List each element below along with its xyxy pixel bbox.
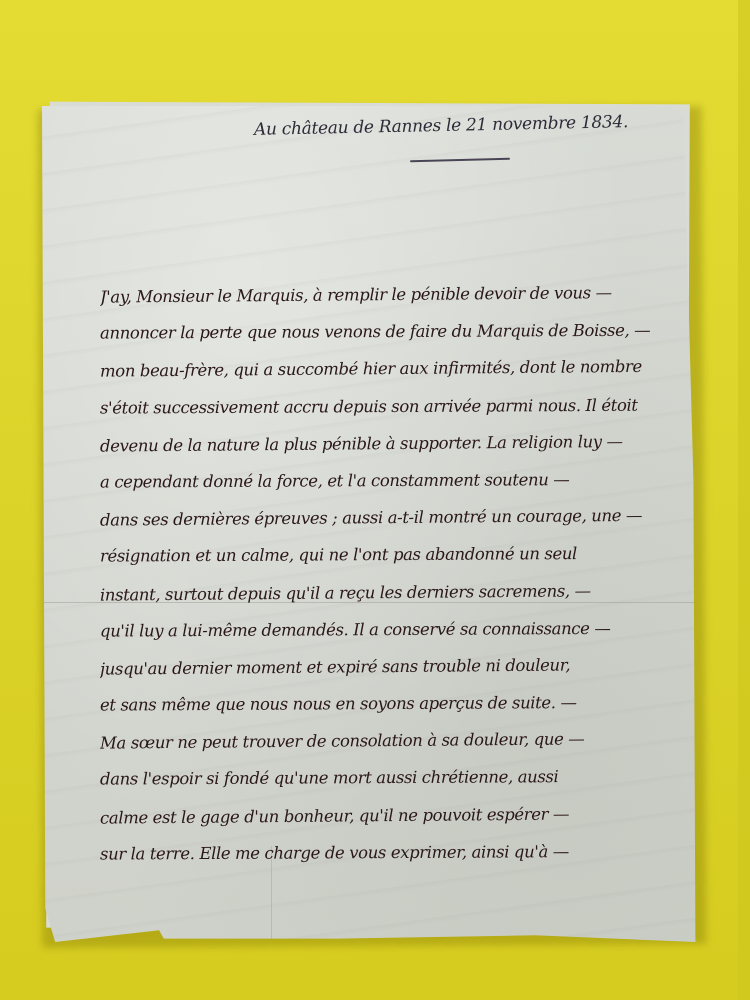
letter-line: calme est le gage d'un bonheur, qu'il ne…: [100, 794, 695, 836]
letter-line: devenu de la nature la plus pénible à su…: [100, 422, 695, 464]
letter-line: annoncer la perte que nous venons de fai…: [100, 312, 695, 352]
letter-line: dans ses dernières épreuves ; aussi a-t-…: [100, 497, 695, 539]
letter-line: Ma sœur ne peut trouver de consolation à…: [100, 720, 695, 762]
letter-line: qu'il luy a lui-même demandés. Il a cons…: [100, 609, 695, 649]
letter-dateline: Au château de Rannes le 21 novembre 1834…: [254, 112, 628, 140]
letter-line: instant, surtout depuis qu'il a reçu les…: [100, 571, 695, 613]
letter-line: dans l'espoir si fondé qu'une mort aussi…: [100, 758, 695, 798]
letter-line: s'étoit successivement accru depuis son …: [100, 386, 695, 426]
letter-line: jusqu'au dernier moment et expiré sans t…: [100, 645, 695, 687]
letter-line: et sans même que nous nous en soyons ape…: [100, 684, 695, 724]
letter-line: résignation et un calme, qui ne l'ont pa…: [100, 535, 695, 575]
letter-line: a cependant donné la force, et l'a const…: [100, 460, 695, 500]
letter-body: J'ay, Monsieur le Marquis, à remplir le …: [100, 276, 695, 871]
background-edge: [738, 0, 750, 1000]
letter-sheet: Au château de Rannes le 21 novembre 1834…: [42, 106, 700, 942]
letter-line: sur la terre. Elle me charge de vous exp…: [100, 832, 695, 872]
letter-line: J'ay, Monsieur le Marquis, à remplir le …: [100, 273, 695, 315]
dateline-underline: [410, 158, 510, 163]
letter-line: mon beau-frère, qui a succombé hier aux …: [100, 348, 695, 390]
